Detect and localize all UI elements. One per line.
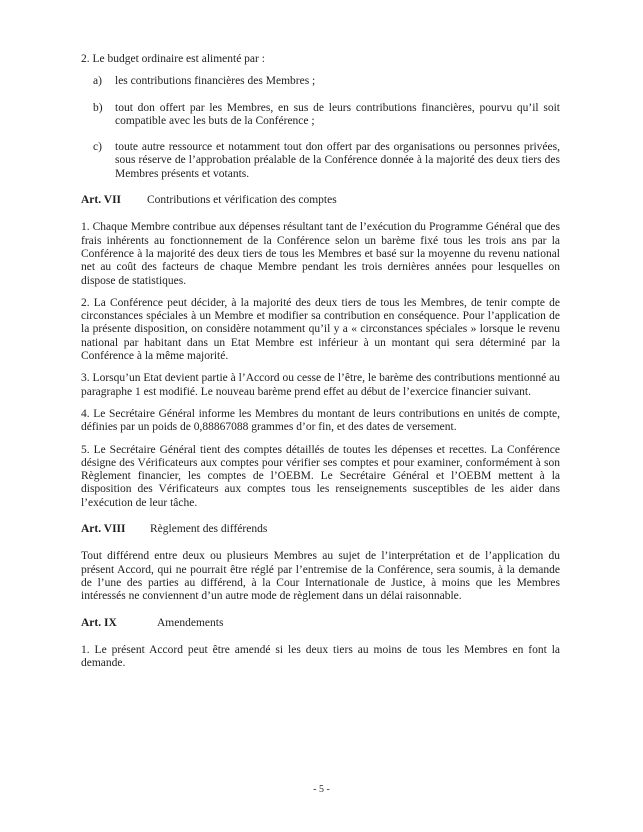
paragraph-art7-2: 2. La Conférence peut décider, à la majo… [81,297,560,363]
article-title: Amendements [157,617,223,629]
article-heading-ix: Art. IXAmendements [81,617,560,630]
paragraph-art7-4: 4. Le Secrétaire Général informe les Mem… [81,408,560,435]
list-item-b: b) tout don offert par les Membres, en s… [81,102,560,129]
article-title: Règlement des différends [150,523,267,535]
paragraph-art8-1: Tout différend entre deux ou plusieurs M… [81,550,560,603]
paragraph-art7-1: 1. Chaque Membre contribue aux dépenses … [81,221,560,287]
article-title: Contributions et vérification des compte… [147,194,337,206]
paragraph-budget-intro: 2. Le budget ordinaire est alimenté par … [81,53,560,66]
paragraph-art9-1: 1. Le présent Accord peut être amendé si… [81,644,560,671]
page-number: - 5 - [0,784,643,795]
article-number: Art. IX [81,617,157,630]
list-item-text: les contributions financières des Membre… [115,75,560,88]
list-item-c: c) toute autre ressource et notamment to… [81,141,560,181]
article-number: Art. VII [81,194,147,207]
paragraph-art7-3: 3. Lorsqu’un Etat devient partie à l’Acc… [81,372,560,399]
article-number: Art. VIII [81,523,150,536]
list-item-text: tout don offert par les Membres, en sus … [115,102,560,129]
document-page: 2. Le budget ordinaire est alimenté par … [0,0,643,832]
list-item-text: toute autre ressource et notamment tout … [115,141,560,181]
paragraph-art7-5: 5. Le Secrétaire Général tient des compt… [81,444,560,510]
list-item-a: a) les contributions financières des Mem… [81,75,560,88]
list-item-label: c) [93,141,115,181]
article-heading-viii: Art. VIIIRèglement des différends [81,523,560,536]
article-heading-vii: Art. VIIContributions et vérification de… [81,194,560,207]
list-item-label: b) [93,102,115,129]
list-item-label: a) [93,75,115,88]
document-content: 2. Le budget ordinaire est alimenté par … [81,53,560,670]
